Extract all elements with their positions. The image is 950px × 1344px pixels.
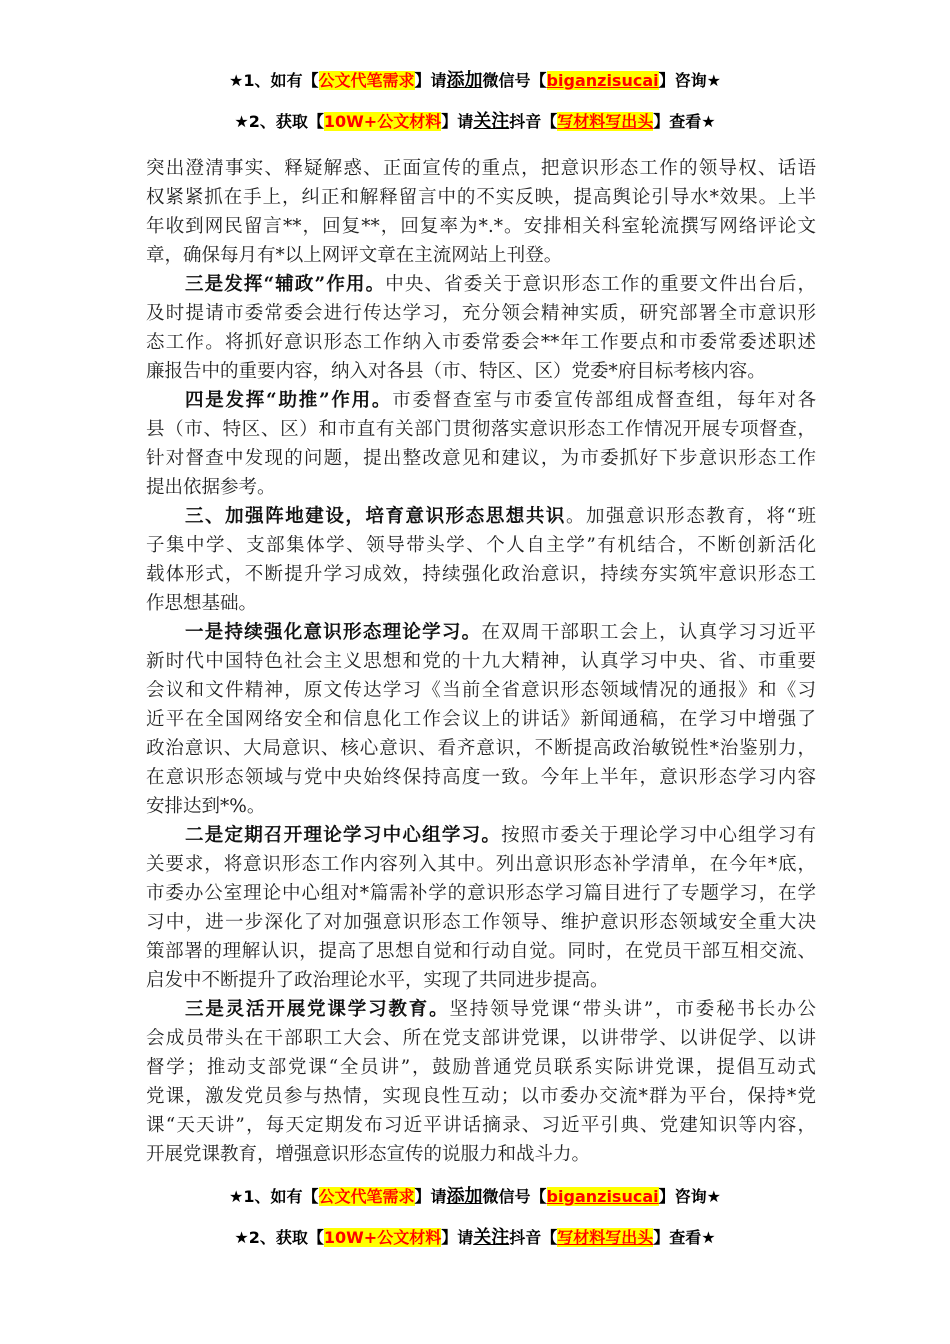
highlight-materials: 10W+公文材料: [324, 112, 441, 131]
text-run: 在双周干部职工会上，认真学习习近平: [481, 622, 816, 643]
promo-text: 】查看★: [653, 1228, 715, 1247]
text-line: 在意识形态领域与党中央始终保持高度一致。今年上半年，意识形态学习内容: [146, 763, 816, 792]
text-line: 近平在全国网络安全和信息化工作会议上的讲话》新闻通稿，在学习中增强了: [146, 705, 816, 734]
text-line: 年收到网民留言**，回复**，回复率为*.*。安排相关科室轮流撰写网络评论文: [146, 212, 816, 241]
text-line: 及时提请市委常委会进行传达学习，充分领会精神实质，研究部署全市意识形: [146, 299, 816, 328]
paragraph-heading: 二是定期召开理论学习中心组学习。: [185, 825, 501, 846]
promo-text: 】咨询★: [659, 71, 721, 90]
text-line: 四是发挥“助推”作用。市委督查室与市委宣传部组成督查组，每年对各: [146, 386, 816, 415]
paragraph-heading: 三是灵活开展党课学习教育。: [185, 999, 449, 1020]
text-line: 章，确保每月有*以上网评文章在主流网站上刊登。: [146, 241, 816, 270]
promo-text: ★1、如有【: [229, 71, 318, 90]
emphasis-add: 添加: [447, 1186, 483, 1207]
text-line: 会议和文件精神，原文传达学习《当前全省意识形态领域情况的通报》和《习: [146, 676, 816, 705]
paragraph: 四是发挥“助推”作用。市委督查室与市委宣传部组成督查组，每年对各 县（市、特区、…: [146, 386, 816, 502]
text-line: 廉报告中的重要内容，纳入对各县（市、特区、区）党委*府目标考核内容。: [146, 357, 816, 386]
text-line: 政治意识、大局意识、核心意识、看齐意识，不断提高政治敏锐性*治鉴别力，: [146, 734, 816, 763]
text-line: 三是灵活开展党课学习教育。坚持领导党课“带头讲”，市委秘书长办公: [146, 995, 816, 1024]
text-line: 市委办公室理论中心组对*篇需补学的意识形态学习篇目进行了专题学习，在学: [146, 879, 816, 908]
promo-line-2: ★2、获取【10W+公文材料】请关注抖音【写材料写出头】查看★: [0, 1227, 950, 1249]
promo-text: 】请: [441, 112, 473, 131]
text-line: 二是定期召开理论学习中心组学习。按照市委关于理论学习中心组学习有: [146, 821, 816, 850]
promo-text: 】请: [415, 1187, 447, 1206]
paragraph-heading: 一是持续强化意识形态理论学习。: [185, 622, 481, 643]
promo-text: 】咨询★: [659, 1187, 721, 1206]
text-line: 一是持续强化意识形态理论学习。在双周干部职工会上，认真学习习近平: [146, 618, 816, 647]
text-line: 安排达到*%。: [146, 792, 816, 821]
promo-text: ★2、获取【: [234, 112, 323, 131]
text-line: 突出澄清事实、释疑解惑、正面宣传的重点，把意识形态工作的领导权、话语: [146, 154, 816, 183]
promo-text: ★1、如有【: [229, 1187, 318, 1206]
douyin-account[interactable]: 写材料写出头: [557, 112, 653, 131]
text-line: 开展党课教育，增强意识形态宣传的说服力和战斗力。: [146, 1140, 816, 1169]
promo-text: 】请: [415, 71, 447, 90]
text-line: 督学；推动支部党课“全员讲”，鼓励普通党员联系实际讲党课，提倡互动式: [146, 1053, 816, 1082]
text-line: 县（市、特区、区）和市直有关部门贯彻落实意识形态工作情况开展专项督查，: [146, 415, 816, 444]
text-line: 课“天天讲”，每天定期发布习近平讲话摘录、习近平引典、党建知识等内容，: [146, 1111, 816, 1140]
document-body: 突出澄清事实、释疑解惑、正面宣传的重点，把意识形态工作的领导权、话语 权紧紧抓在…: [146, 154, 816, 1169]
text-line: 子集中学、支部集体学、领导带头学、个人自主学”有机结合，不断创新活化: [146, 531, 816, 560]
emphasis-follow: 关注: [473, 111, 509, 132]
paragraph: 突出澄清事实、释疑解惑、正面宣传的重点，把意识形态工作的领导权、话语 权紧紧抓在…: [146, 154, 816, 270]
section-heading: 三、加强阵地建设，培育意识形态思想共识: [185, 506, 566, 527]
text-run: 。加强意识形态教育，将“班: [566, 506, 816, 527]
emphasis-follow: 关注: [473, 1227, 509, 1248]
text-line: 会成员带头在干部职工大会、所在党支部讲党课，以讲带学、以讲促学、以讲: [146, 1024, 816, 1053]
promo-banner-top: ★1、如有【公文代笔需求】请添加微信号【biganzisucai】咨询★ ★2、…: [0, 70, 950, 133]
text-line: 态工作。将抓好意识形态工作纳入市委常委会**年工作要点和市委常委述职述: [146, 328, 816, 357]
text-line: 三是发挥“辅政”作用。中央、省委关于意识形态工作的重要文件出台后，: [146, 270, 816, 299]
text-line: 提出依据参考。: [146, 473, 816, 502]
promo-text: 抖音【: [509, 1228, 557, 1247]
text-run: 坚持领导党课“带头讲”，市委秘书长办公: [449, 999, 816, 1020]
highlight-materials: 10W+公文材料: [324, 1228, 441, 1247]
paragraph: 二是定期召开理论学习中心组学习。按照市委关于理论学习中心组学习有 关要求，将意识…: [146, 821, 816, 995]
promo-text: 微信号【: [483, 71, 547, 90]
text-run: 中央、省委关于意识形态工作的重要文件出台后，: [385, 274, 816, 295]
text-line: 权紧紧抓在手上，纠正和解释留言中的不实反映，提高舆论引导水*效果。上半: [146, 183, 816, 212]
text-line: 作思想基础。: [146, 589, 816, 618]
text-line: 党课，激发党员参与热情，实现良性互动；以市委办交流*群为平台，保持*党: [146, 1082, 816, 1111]
text-line: 启发中不断提升了政治理论水平，实现了共同进步提高。: [146, 966, 816, 995]
promo-line-2: ★2、获取【10W+公文材料】请关注抖音【写材料写出头】查看★: [0, 111, 950, 133]
text-run: 按照市委关于理论学习中心组学习有: [501, 825, 816, 846]
paragraph: 三、加强阵地建设，培育意识形态思想共识。加强意识形态教育，将“班 子集中学、支部…: [146, 502, 816, 618]
promo-text: 抖音【: [509, 112, 557, 131]
text-line: 习中，进一步深化了对加强意识形态工作领导、维护意识形态领域安全重大决: [146, 908, 816, 937]
promo-line-1: ★1、如有【公文代笔需求】请添加微信号【biganzisucai】咨询★: [0, 70, 950, 92]
text-run: 市委督查室与市委宣传部组成督查组，每年对各: [392, 390, 816, 411]
promo-text: 】请: [441, 1228, 473, 1247]
text-line: 关要求，将意识形态工作内容列入其中。列出意识形态补学清单，在今年*底，: [146, 850, 816, 879]
highlight-service: 公文代笔需求: [319, 71, 415, 90]
text-line: 针对督查中发现的问题，提出整改意见和建议，为市委抓好下步意识形态工作: [146, 444, 816, 473]
paragraph: 三是灵活开展党课学习教育。坚持领导党课“带头讲”，市委秘书长办公 会成员带头在干…: [146, 995, 816, 1169]
emphasis-add: 添加: [447, 70, 483, 91]
paragraph-heading: 四是发挥“助推”作用。: [185, 390, 392, 411]
promo-text: 】查看★: [653, 112, 715, 131]
promo-line-1: ★1、如有【公文代笔需求】请添加微信号【biganzisucai】咨询★: [0, 1186, 950, 1208]
promo-banner-bottom: ★1、如有【公文代笔需求】请添加微信号【biganzisucai】咨询★ ★2、…: [0, 1186, 950, 1249]
promo-text: 微信号【: [483, 1187, 547, 1206]
wechat-id[interactable]: biganzisucai: [547, 1187, 659, 1206]
text-line: 策部署的理解认识，提高了思想自觉和行动自觉。同时，在党员干部互相交流、: [146, 937, 816, 966]
highlight-service: 公文代笔需求: [319, 1187, 415, 1206]
text-line: 载体形式，不断提升学习成效，持续强化政治意识，持续夯实筑牢意识形态工: [146, 560, 816, 589]
douyin-account[interactable]: 写材料写出头: [557, 1228, 653, 1247]
paragraph-heading: 三是发挥“辅政”作用。: [185, 274, 385, 295]
paragraph: 一是持续强化意识形态理论学习。在双周干部职工会上，认真学习习近平 新时代中国特色…: [146, 618, 816, 821]
paragraph: 三是发挥“辅政”作用。中央、省委关于意识形态工作的重要文件出台后， 及时提请市委…: [146, 270, 816, 386]
wechat-id[interactable]: biganzisucai: [547, 71, 659, 90]
text-line: 三、加强阵地建设，培育意识形态思想共识。加强意识形态教育，将“班: [146, 502, 816, 531]
text-line: 新时代中国特色社会主义思想和党的十九大精神，认真学习中央、省、市重要: [146, 647, 816, 676]
promo-text: ★2、获取【: [234, 1228, 323, 1247]
